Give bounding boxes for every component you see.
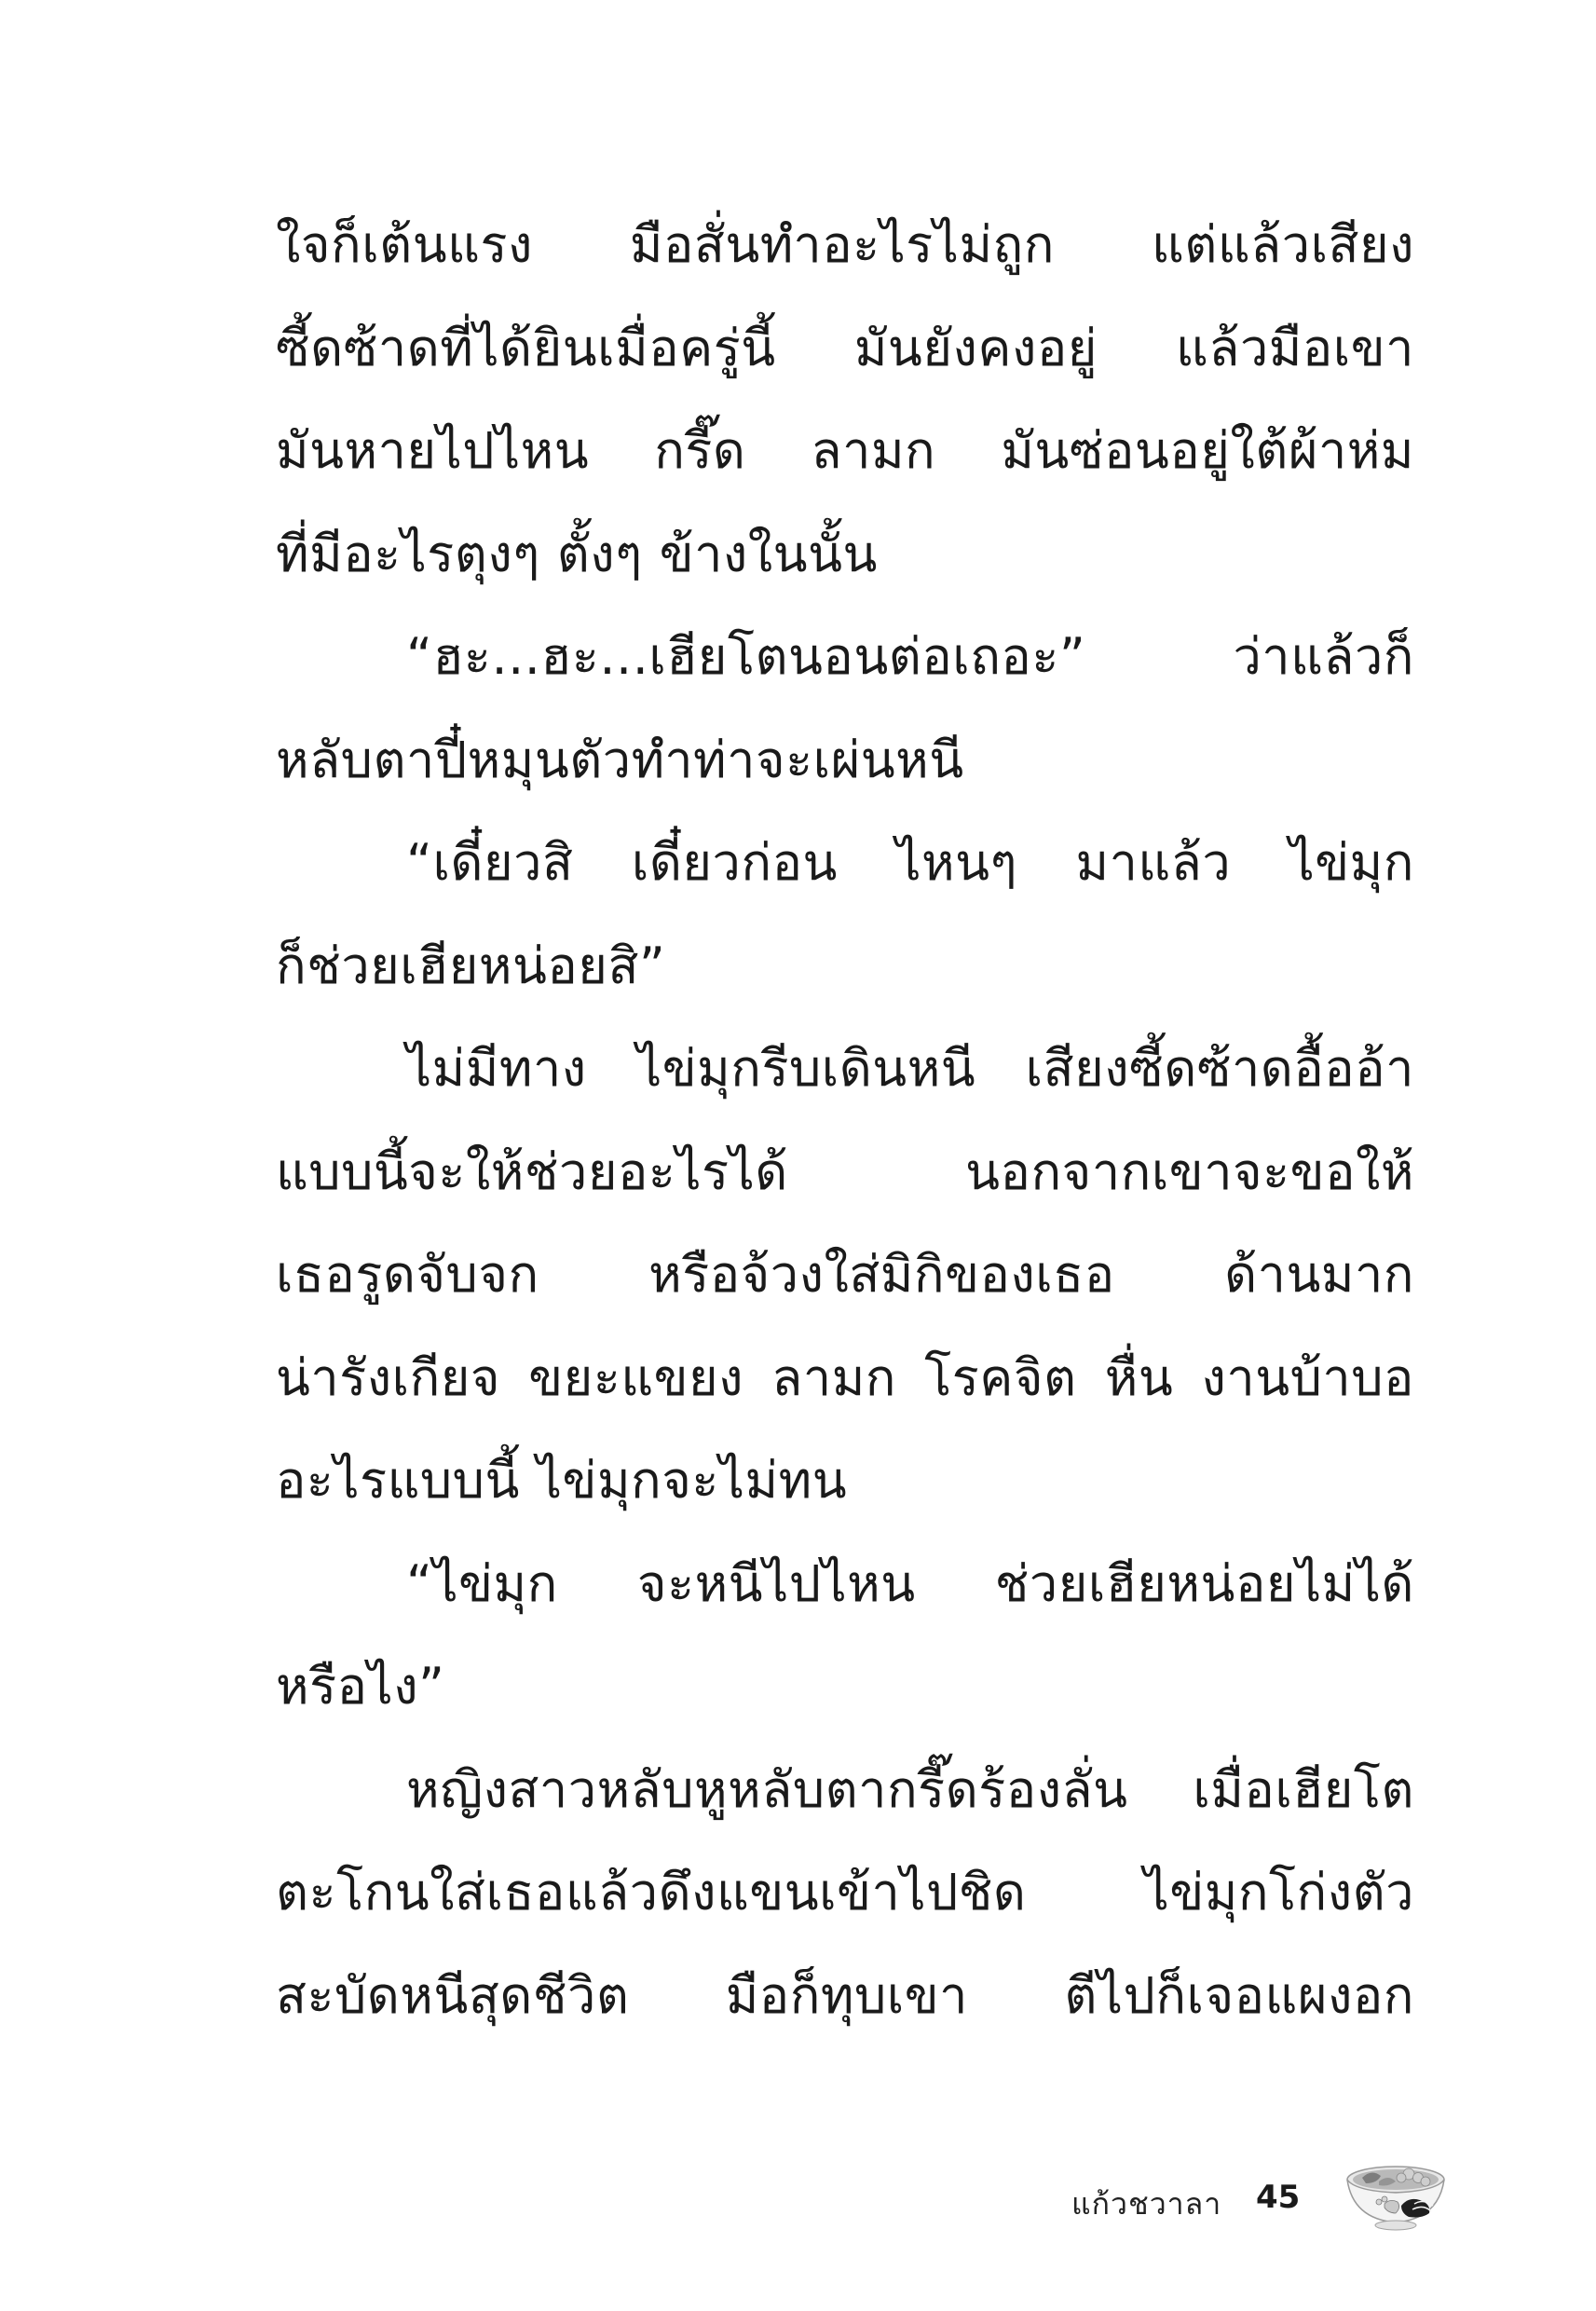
text-segment: ช่วยเฮียหน่อยไม่ได้ — [995, 1533, 1414, 1636]
text-segment: ไข่มุก — [1289, 812, 1414, 915]
text-line: เธอรูดจับจกหรือจ้วงใส่มิกิของเธอด้านมาก — [276, 1224, 1414, 1327]
paragraph-first-line: “เดี๋ยวสิเดี๋ยวก่อนไหนๆมาแล้วไข่มุก — [276, 812, 1414, 915]
text-segment: ที่มีอะไรตุงๆ — [276, 503, 540, 607]
text-segment: หรือไง” — [276, 1635, 445, 1739]
text-segment: เมื่อเฮียโต — [1193, 1739, 1414, 1842]
text-line: อะไรแบบนี้ไข่มุกจะไม่ทน — [276, 1429, 1414, 1533]
text-segment: ไม่มีทาง — [406, 1018, 587, 1121]
text-segment: “ไข่มุก — [406, 1533, 558, 1636]
text-segment: ตีไปก็เจอแผงอก — [1064, 1945, 1414, 2048]
text-line: ใจก็เต้นแรงมือสั่นทำอะไรไม่ถูกแต่แล้วเสี… — [276, 194, 1414, 297]
text-line: แบบนี้จะให้ช่วยอะไรได้นอกจากเขาจะขอให้ — [276, 1121, 1414, 1224]
text-line: ที่มีอะไรตุงๆตั้งๆข้างในนั้น — [276, 503, 1414, 607]
text-line: น่ารังเกียจขยะแขยงลามกโรคจิตหื่นงานบ้าบอ — [276, 1327, 1414, 1430]
paragraph-first-line: หญิงสาวหลับหูหลับตากรี๊ดร้องลั่นเมื่อเฮี… — [276, 1739, 1414, 1842]
text-line: หลับตาปี๋หมุนตัวทำท่าจะเผ่นหนี — [276, 709, 1414, 813]
text-segment: น่ารังเกียจ — [276, 1327, 500, 1430]
paragraph-first-line: “ฮะ...ฮะ...เฮียโตนอนต่อเถอะ”ว่าแล้วก็ — [276, 606, 1414, 709]
text-segment: ตะโกนใส่เธอแล้วดึงแขนเข้าไปชิด — [276, 1841, 1027, 1945]
text-segment: เสียงซี้ดซ้าดอื้ออ้า — [1026, 1018, 1414, 1121]
text-segment: ลามก — [812, 400, 936, 503]
book-page: ใจก็เต้นแรงมือสั่นทำอะไรไม่ถูกแต่แล้วเสี… — [0, 0, 1596, 2311]
text-line: ซี้ดซ้าดที่ได้ยินเมื่อครู่นี้มันยังคงอยู… — [276, 297, 1414, 401]
text-segment: มันซ่อนอยู่ใต้ผ้าห่ม — [1001, 400, 1414, 503]
body-text: ใจก็เต้นแรงมือสั่นทำอะไรไม่ถูกแต่แล้วเสี… — [276, 194, 1414, 2047]
text-segment: หญิงสาวหลับหูหลับตากรี๊ดร้องลั่น — [406, 1739, 1128, 1842]
text-segment: ขยะแขยง — [528, 1327, 743, 1430]
text-segment: ซี้ดซ้าดที่ได้ยินเมื่อครู่นี้ — [276, 297, 776, 401]
text-line: ตะโกนใส่เธอแล้วดึงแขนเข้าไปชิดไข่มุกโก่ง… — [276, 1841, 1414, 1945]
running-footer-title: แก้วชวาลา — [1071, 2181, 1221, 2228]
text-line: หรือไง” — [276, 1635, 1414, 1739]
text-segment: ลามก — [771, 1327, 896, 1430]
text-segment: “เดี๋ยวสิ — [406, 812, 573, 915]
text-line: สะบัดหนีสุดชีวิตมือก็ทุบเขาตีไปก็เจอแผงอ… — [276, 1945, 1414, 2048]
text-line: ก็ช่วยเฮียหน่อยสิ” — [276, 915, 1414, 1019]
text-segment: กรี๊ด — [654, 400, 745, 503]
text-segment: จะหนีไปไหน — [637, 1533, 916, 1636]
rooster-bowl-icon — [1344, 2157, 1448, 2234]
text-segment: มือสั่นทำอะไรไม่ถูก — [630, 194, 1055, 297]
text-segment: เดี๋ยวก่อน — [632, 812, 838, 915]
text-segment: “ฮะ...ฮะ...เฮียโตนอนต่อเถอะ” — [406, 606, 1085, 709]
text-segment: อะไรแบบนี้ — [276, 1429, 520, 1533]
text-segment: แล้วมือเขา — [1176, 297, 1414, 401]
text-segment: ก็ช่วยเฮียหน่อยสิ” — [276, 915, 665, 1019]
text-segment: ข้างในนั้น — [660, 503, 878, 607]
text-segment: มันหายไปไหน — [276, 400, 589, 503]
text-segment: ไข่มุกโก่งตัว — [1144, 1841, 1414, 1945]
text-segment: ตั้งๆ — [557, 503, 643, 607]
text-line: มันหายไปไหนกรี๊ดลามกมันซ่อนอยู่ใต้ผ้าห่ม — [276, 400, 1414, 503]
text-segment: สะบัดหนีสุดชีวิต — [276, 1945, 629, 2048]
text-segment: งานบ้าบอ — [1202, 1327, 1414, 1430]
text-segment: หื่น — [1105, 1327, 1174, 1430]
paragraph-first-line: ไม่มีทางไข่มุกรีบเดินหนีเสียงซี้ดซ้าดอื้… — [276, 1018, 1414, 1121]
text-segment: นอกจากเขาจะขอให้ — [965, 1121, 1414, 1224]
text-segment: แบบนี้จะให้ช่วยอะไรได้ — [276, 1121, 788, 1224]
text-segment: หลับตาปี๋หมุนตัวทำท่าจะเผ่นหนี — [276, 709, 964, 813]
text-segment: เธอรูดจับจก — [276, 1224, 539, 1327]
text-segment: ใจก็เต้นแรง — [276, 194, 533, 297]
text-segment: หรือจ้วงใส่มิกิของเธอ — [648, 1224, 1115, 1327]
text-segment: โรคจิต — [924, 1327, 1076, 1430]
text-segment: มาแล้ว — [1076, 812, 1232, 915]
text-segment: แต่แล้วเสียง — [1152, 194, 1414, 297]
text-segment: ไข่มุกจะไม่ทน — [537, 1429, 847, 1533]
text-segment: ไหนๆ — [895, 812, 1017, 915]
text-segment: ว่าแล้วก็ — [1233, 606, 1414, 709]
text-segment: มือก็ทุบเขา — [726, 1945, 968, 2048]
text-segment: ไข่มุกรีบเดินหนี — [636, 1018, 975, 1121]
page-number: 45 — [1256, 2179, 1300, 2216]
paragraph-first-line: “ไข่มุกจะหนีไปไหนช่วยเฮียหน่อยไม่ได้ — [276, 1533, 1414, 1636]
text-segment: ด้านมาก — [1224, 1224, 1414, 1327]
text-segment: มันยังคงอยู่ — [854, 297, 1098, 401]
